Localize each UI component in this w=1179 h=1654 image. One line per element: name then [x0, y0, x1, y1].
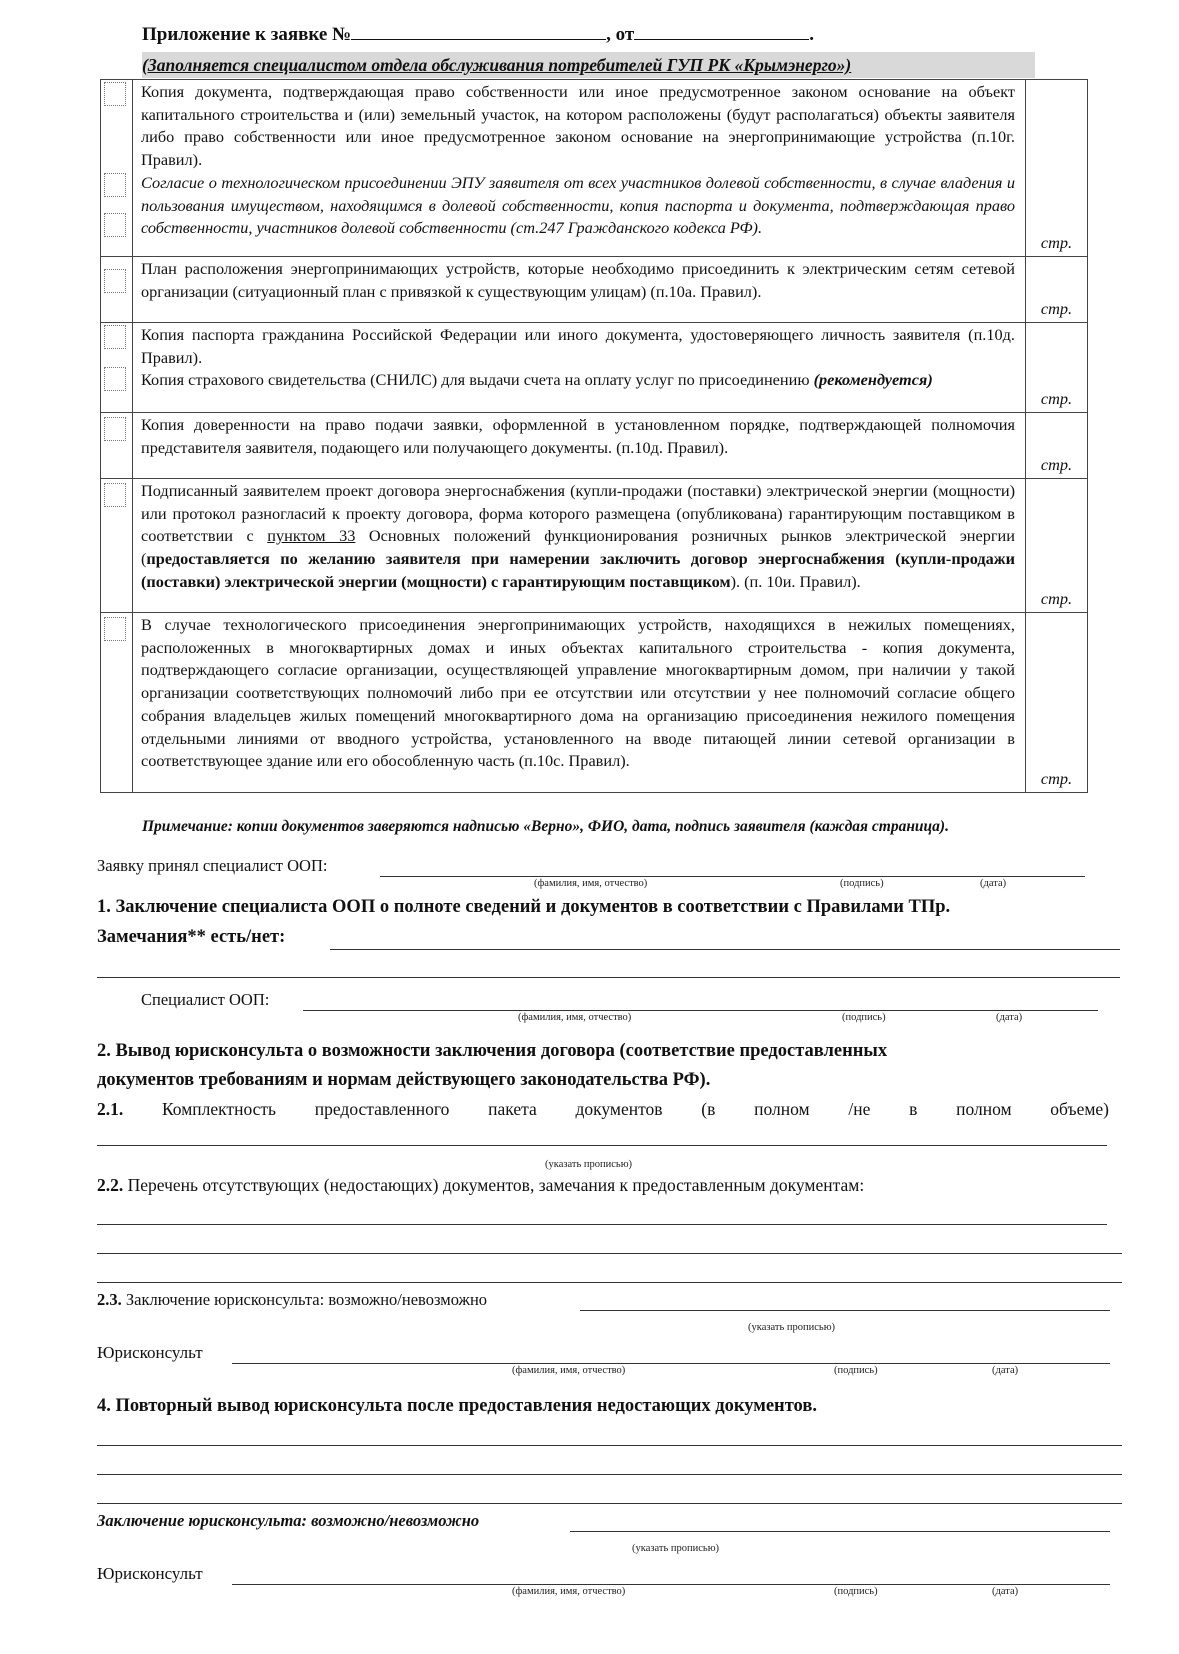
lawyer-conclusion-field[interactable] [580, 1310, 1110, 1311]
section-2-2-text: 2.2. Перечень отсутствующих (недостающих… [97, 1175, 864, 1196]
checkbox[interactable] [104, 269, 126, 293]
missing-docs-field-line-2[interactable] [97, 1253, 1122, 1254]
repeat-review-field-line-1[interactable] [97, 1445, 1122, 1446]
application-appendix-page: Приложение к заявке №, от. (Заполняется … [0, 0, 1179, 1654]
section-2-heading-line-2: документов требованиям и нормам действую… [97, 1070, 710, 1091]
caption-date: (дата) [992, 1586, 1018, 1597]
section-2-3-text: 2.3. Заключение юрисконсульта: возможно/… [97, 1290, 487, 1310]
page-count-cell[interactable]: стр. [1026, 613, 1088, 793]
page-count-cell[interactable]: стр. [1026, 257, 1088, 323]
table-row: Копия паспорта гражданина Российской Фед… [101, 323, 1088, 413]
document-item-text: Согласие о технологическом присоединении… [141, 172, 1015, 240]
caption-date: (дата) [980, 878, 1006, 889]
checkbox[interactable] [104, 483, 126, 507]
section-4-heading: 4. Повторный вывод юрисконсульта после п… [97, 1396, 817, 1417]
repeat-review-field-line-3[interactable] [97, 1503, 1122, 1504]
missing-docs-field-line-1[interactable] [97, 1224, 1107, 1225]
section-1-heading: 1. Заключение специалиста ООП о полноте … [97, 897, 950, 918]
checkbox[interactable] [104, 617, 126, 641]
document-item-text: Подписанный заявителем проект договора э… [141, 480, 1015, 594]
repeat-lawyer-field[interactable] [232, 1584, 1110, 1585]
table-row: Копия доверенности на право подачи заявк… [101, 413, 1088, 479]
caption-date: (дата) [992, 1365, 1018, 1376]
caption-in-words: (указать прописью) [748, 1322, 835, 1333]
checkbox[interactable] [104, 367, 126, 391]
table-row: В случае технологического присоединения … [101, 613, 1088, 793]
table-row: Подписанный заявителем проект договора э… [101, 479, 1088, 613]
remarks-field[interactable] [330, 949, 1120, 950]
repeat-review-field-line-2[interactable] [97, 1474, 1122, 1475]
checkbox[interactable] [104, 325, 126, 349]
accepted-by-label: Заявку принял специалист ООП: [97, 856, 327, 876]
specialist-label: Специалист ООП: [141, 990, 269, 1010]
repeat-conclusion-label: Заключение юрисконсульта: возможно/невоз… [97, 1511, 479, 1531]
caption-signature: (подпись) [834, 1365, 878, 1376]
caption-signature: (подпись) [840, 878, 884, 889]
documents-checklist-table: Копия документа, подтверждающая право со… [100, 79, 1088, 793]
caption-date: (дата) [996, 1012, 1022, 1023]
document-item-text: Копия документа, подтверждающая право со… [141, 81, 1015, 172]
application-number-field[interactable] [351, 22, 606, 40]
section-2-1-text: 2.1. Комплектность предоставленного паке… [97, 1099, 1109, 1120]
recommended-note: (рекомендуется) [814, 370, 933, 389]
remarks-field-line-2[interactable] [97, 977, 1120, 978]
checkbox[interactable] [104, 82, 126, 106]
repeat-conclusion-field[interactable] [570, 1531, 1110, 1532]
document-item-text: Копия паспорта гражданина Российской Фед… [141, 324, 1015, 369]
clause-33-link[interactable]: пунктом 33 [267, 526, 355, 545]
caption-signature: (подпись) [834, 1586, 878, 1597]
checkbox[interactable] [104, 173, 126, 197]
page-count-cell[interactable]: стр. [1026, 479, 1088, 613]
document-item-text: План расположения энергопринимающих устр… [141, 258, 1015, 303]
page-count-cell[interactable]: стр. [1026, 413, 1088, 479]
document-item-text: Копия страхового свидетельства (СНИЛС) д… [141, 369, 1015, 392]
certification-note: Примечание: копии документов заверяются … [142, 818, 1082, 836]
caption-in-words: (указать прописью) [632, 1543, 719, 1554]
page-title: Приложение к заявке №, от. [142, 22, 1042, 46]
caption-in-words: (указать прописью) [545, 1159, 632, 1170]
caption-fio: (фамилия, имя, отчество) [512, 1586, 625, 1597]
missing-docs-field-line-3[interactable] [97, 1282, 1122, 1283]
document-item-text: Копия доверенности на право подачи заявк… [141, 414, 1015, 459]
lawyer-field[interactable] [232, 1363, 1110, 1364]
checkbox[interactable] [104, 213, 126, 237]
page-count-cell[interactable]: стр. [1026, 80, 1088, 257]
caption-fio: (фамилия, имя, отчество) [512, 1365, 625, 1376]
document-item-text: В случае технологического присоединения … [141, 614, 1015, 773]
completeness-field[interactable] [97, 1145, 1107, 1146]
table-row: Копия документа, подтверждающая право со… [101, 80, 1088, 257]
lawyer-label: Юрисконсульт [97, 1343, 203, 1363]
application-date-field[interactable] [634, 22, 809, 40]
remarks-label: Замечания** есть/нет: [97, 927, 285, 948]
page-subtitle: (Заполняется специалистом отдела обслужи… [142, 52, 1035, 78]
caption-signature: (подпись) [842, 1012, 886, 1023]
caption-fio: (фамилия, имя, отчество) [534, 878, 647, 889]
caption-fio: (фамилия, имя, отчество) [518, 1012, 631, 1023]
checkbox[interactable] [104, 417, 126, 441]
table-row: План расположения энергопринимающих устр… [101, 257, 1088, 323]
page-count-cell[interactable]: стр. [1026, 323, 1088, 413]
accepted-by-field[interactable] [380, 876, 1085, 877]
specialist-field[interactable] [303, 1010, 1098, 1011]
repeat-lawyer-label: Юрисконсульт [97, 1564, 203, 1584]
section-2-heading-line-1: 2. Вывод юрисконсульта о возможности зак… [97, 1041, 887, 1062]
